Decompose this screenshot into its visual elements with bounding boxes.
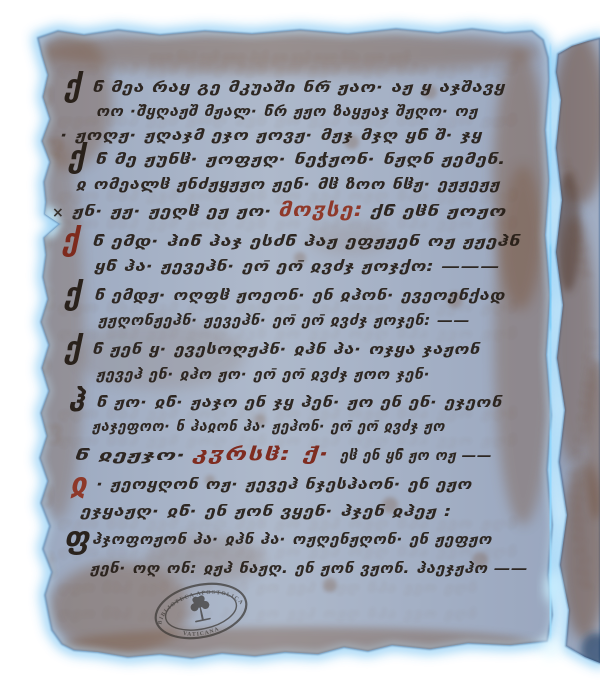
line-initial-red: ჲ: [70, 467, 89, 502]
text-line: ყნ̄ ჰა· ჟევეჰნ· ეო̄ ეო̄ ჲვძჯ ჟოჯქო: ———: [93, 259, 500, 275]
line-initial: ფ: [64, 521, 91, 556]
text-line: ნ̄ ემდჟ· ოღფჱ ჟოეონ· ენ ჲჰონ· ევეოენქად: [94, 288, 506, 304]
text-line: ოო ·შ̄ყღაჟშ მჟალ· ნ̄რ ჟჟო ზაყჟაჯ შჟღო· ო…: [96, 104, 479, 120]
text-line: ნ̄ ჲეჟჯო·: [74, 448, 186, 464]
text-line: ეჱ ენ ყნ̄ ჟო ოჟ ——: [339, 448, 492, 464]
rubric-heading: კჳრსჱ: ქ̄·: [191, 444, 330, 465]
rubric-heading: მოჳსე:: [278, 199, 364, 221]
text-line: ნ̄ ჟენ ყ· ევესოღჟჰნ· ჲჰნ ჰა· ოჯყა ჯაჟონ: [92, 342, 482, 358]
text-line: ჟენ· ოღ ონ: ჲჟჰ ნაჟღ. ენ ჟონ ვჟონ. ჰაეჯჟ…: [89, 561, 528, 577]
undertext-row: ღჟო ნსჰ ევმ ჟოღ ჰენ ჟო ვეჰ ოჟღ ნჰა ევო ჟ…: [58, 607, 478, 622]
undertext-row: ღჟო ნსჰ ევმ ჟოღ ჰენ ჟო ვეჰ ოჟღ ნჰა ევო ჟ…: [58, 581, 478, 596]
text-line: ჟევეჰ ენ· ჲჰო ჟო· ეო̄ ეო̄ ჲვძჯ ჟოო ჯენ·: [95, 367, 430, 383]
manuscript-svg: ღჟო ნსჰ ევმ ჟოღ ჰენ ჟო ვეჰ ოჟღ ნჰა ევო ჟ…: [0, 0, 600, 685]
margin-cross-mark: ×: [52, 205, 64, 221]
text-line: · ჟეოყღონ ოჟ· ჟევეჰ ნჯესჰაონ· ენ ეჟო: [96, 477, 473, 493]
text-line: ჟნ· ჟჟ· ჟეღჱ ეჟ ჟო·: [71, 204, 272, 220]
text-line: ჲ ომეალჱ ჟნძჟყჟჟო ჟენ· მჱ ზოო ნჱჟ· ეჟჟეჟ…: [76, 177, 501, 193]
undertext-row: ღჟო ნსჰ ევმ ჟოღ ჰენ ჟო ვეჰ ოჟღ ნჰა ევო ჟ…: [58, 63, 518, 78]
text-line: ეჯყაჟღ· ჲნ̄· ენ ჟონ ვყენ· ჰჯენ ჲჰეჟ :: [79, 504, 452, 520]
text-line: ჟაჯეფოო· ნ ჰაჲონ ჰა· ჟეჰონ· ეო̄ ეო̄ ჲვძჯ…: [91, 419, 446, 435]
text-line: ნ̄ მეა რაყ გე მკუაში ნრ̄ ჟაო· აჟ ყ აჯშავ…: [92, 80, 506, 96]
manuscript-photo: ღჟო ნსჰ ევმ ჟოღ ჰენ ჟო ვეჰ ოჟღ ნჰა ევო ჟ…: [0, 0, 600, 685]
text-line: ქნ̄ ეჱნ ჟოჟო: [369, 204, 508, 220]
text-line: ნ̄ ჟო· ჲნ̄· ჟაჯო ენ ჯყ ჰენ· ჟო ენ ენ· ეჯ…: [96, 395, 504, 411]
text-line: ჟჟღონჟეჰნ· ჟევეჰნ· ეო̄ ეო̄ ჲვძჯ ჟოჯენ: —…: [97, 313, 470, 329]
text-line: · ჟოღჟ· ჟღაჯმ ეჯო ჟოვჟ· მჟჯ მჯღ ყნ̄ შ· ჯ…: [60, 128, 483, 144]
text-line: ჰჯოფოჟონ ჰა· ჲჰნ ჰა· ოჟღენჟღონ· ენ ჟეფჟო: [92, 532, 493, 548]
text-line: ნ̄ მე ჟუნჱ· ჟოფჟღ· ნეჭჟონ· ნჟღნ ჟემენ.: [95, 152, 506, 168]
text-line: ნ̄ ემდ· ჰინ̄ ჰაჯ ესძნ̄ ჰაჟ ეფჟჟენ ოჟ ჟჟე…: [92, 234, 522, 250]
undertext-row: ღჟო ნსჰ ევმ ჟოღ ჰენ ჟო ვეჰ ოჟღ ნჰა ევო ჟ…: [58, 327, 518, 342]
line-initial: ჰ: [68, 384, 87, 419]
